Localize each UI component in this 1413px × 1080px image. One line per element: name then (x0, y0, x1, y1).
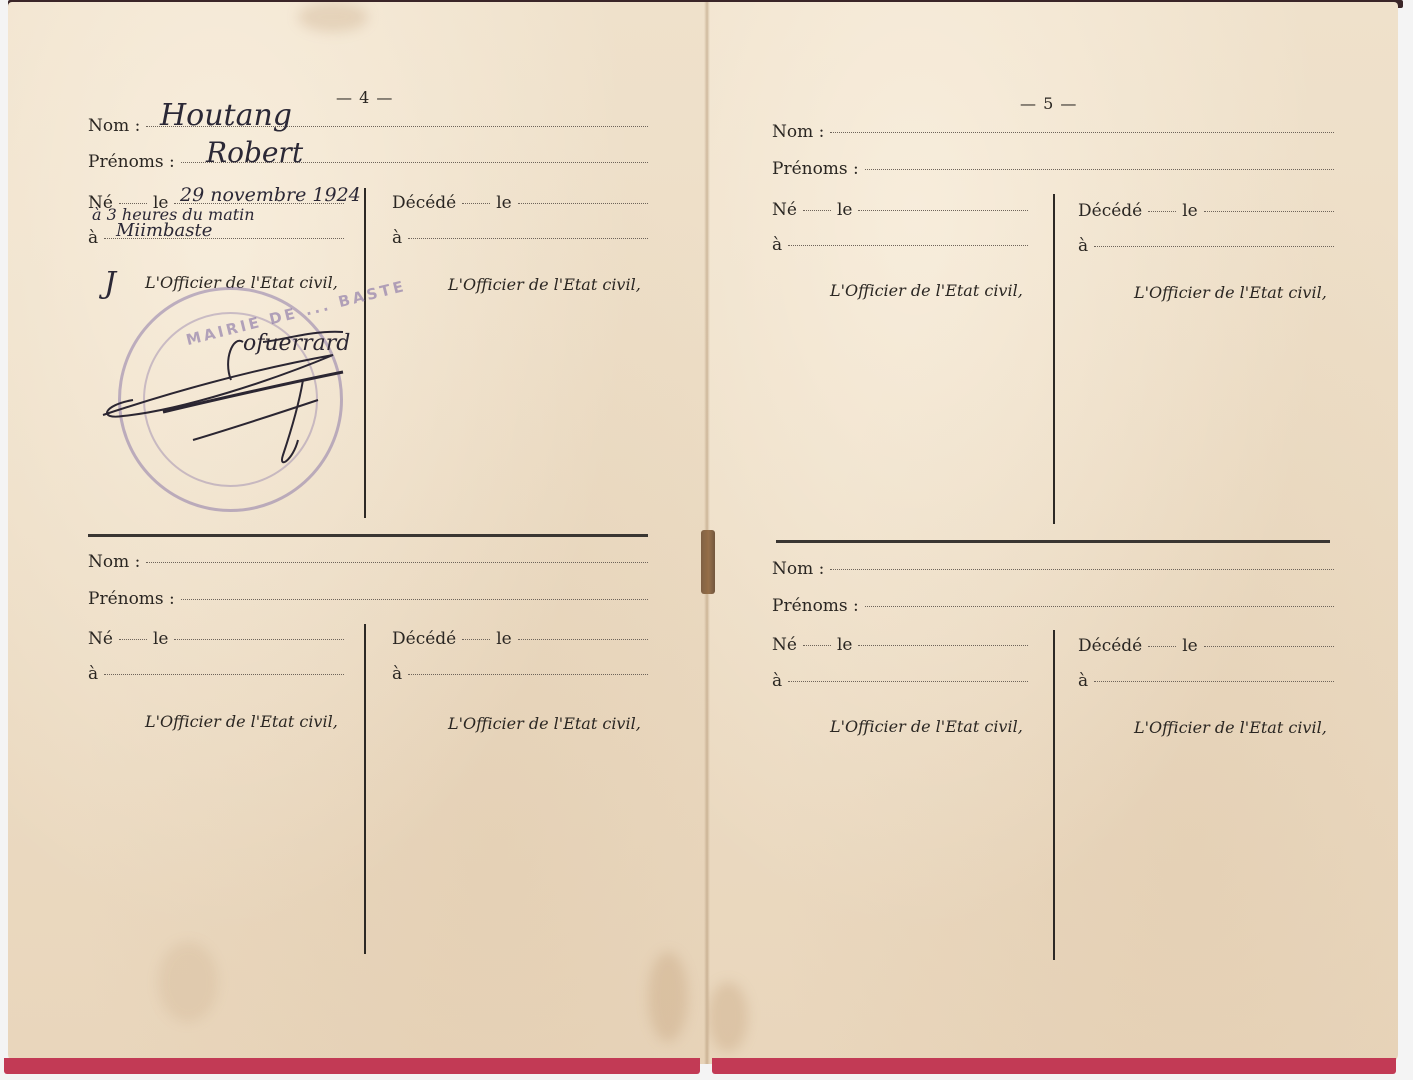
le-label: le (496, 629, 512, 649)
officer-label: L'Officier de l'Etat civil, (830, 281, 1023, 300)
prenoms-field[interactable]: Prénoms : (772, 159, 1334, 179)
ne-a-field[interactable]: à (772, 235, 1028, 255)
decede-le-field[interactable]: Décédé le (392, 193, 648, 213)
prenoms-label: Prénoms : (772, 596, 859, 616)
ne-le-field[interactable]: Né le (772, 200, 1028, 220)
officer-label: L'Officier de l'Etat civil, (1134, 283, 1327, 302)
a-label: à (88, 228, 98, 248)
prenoms-handwritten-value: Robert (206, 136, 303, 169)
section-divider (88, 534, 648, 537)
prenoms-field[interactable]: Prénoms : (88, 152, 648, 172)
svg-text:ofuerrard: ofuerrard (243, 331, 350, 356)
decede-label: Décédé (1078, 636, 1142, 656)
le-label: le (1182, 201, 1198, 221)
prenoms-label: Prénoms : (88, 589, 175, 609)
nom-field[interactable]: Nom : (88, 552, 648, 572)
nom-field[interactable]: Nom : (772, 559, 1334, 579)
nom-field[interactable]: Nom : (772, 122, 1334, 142)
column-divider (1053, 630, 1055, 960)
officer-label: L'Officier de l'Etat civil, (145, 712, 338, 731)
column-divider (1053, 194, 1055, 524)
section-divider (776, 540, 1330, 543)
page-4: — 4 — Nom : Houtang Prénoms : Robert Né … (8, 2, 708, 1064)
ne-label: Né (772, 635, 797, 655)
nom-label: Nom : (772, 122, 824, 142)
decede-a-field[interactable]: à (392, 664, 648, 684)
a-label: à (1078, 671, 1088, 691)
a-label: à (772, 671, 782, 691)
ne-a-field[interactable]: à (772, 671, 1028, 691)
prenoms-label: Prénoms : (772, 159, 859, 179)
decede-a-field[interactable]: à (1078, 236, 1334, 256)
decede-label: Décédé (392, 193, 456, 213)
decede-a-field[interactable]: à (392, 228, 648, 248)
page-number: — 4 — (336, 88, 393, 107)
column-divider (364, 624, 366, 954)
officer-signature: ofuerrard (93, 320, 378, 480)
decede-le-field[interactable]: Décédé le (392, 629, 648, 649)
birth-date-handwritten: 29 novembre 1924 (180, 184, 361, 206)
binding-staple (701, 530, 715, 594)
le-label: le (1182, 636, 1198, 656)
decede-le-field[interactable]: Décédé le (1078, 636, 1334, 656)
nom-label: Nom : (772, 559, 824, 579)
decede-label: Décédé (392, 629, 456, 649)
page-5: — 5 — Nom : Prénoms : Né le à L'Officier… (708, 2, 1398, 1064)
officer-label: L'Officier de l'Etat civil, (830, 717, 1023, 736)
cover-bottom-edge-left (4, 1058, 700, 1074)
birth-place-handwritten: Miimbaste (116, 220, 212, 241)
le-label: le (837, 200, 853, 220)
page-number: — 5 — (1020, 94, 1077, 113)
open-booklet: — 4 — Nom : Houtang Prénoms : Robert Né … (0, 0, 1413, 1080)
a-label: à (772, 235, 782, 255)
cover-bottom-edge-right (712, 1058, 1396, 1074)
prenoms-label: Prénoms : (88, 152, 175, 172)
le-label: le (837, 635, 853, 655)
ne-le-field[interactable]: Né le (772, 635, 1028, 655)
officer-initial-mark: J (104, 266, 116, 301)
stain (158, 942, 218, 1022)
prenoms-field[interactable]: Prénoms : (772, 596, 1334, 616)
le-label: le (153, 629, 169, 649)
a-label: à (88, 664, 98, 684)
nom-handwritten-value: Houtang (160, 98, 292, 133)
ne-label: Né (88, 629, 113, 649)
stain (298, 2, 368, 32)
stain (648, 952, 688, 1042)
ne-a-field[interactable]: à (88, 664, 344, 684)
nom-label: Nom : (88, 116, 140, 136)
a-label: à (392, 228, 402, 248)
decede-a-field[interactable]: à (1078, 671, 1334, 691)
decede-label: Décédé (1078, 201, 1142, 221)
stain (708, 982, 748, 1052)
ne-label: Né (772, 200, 797, 220)
a-label: à (1078, 236, 1088, 256)
prenoms-field[interactable]: Prénoms : (88, 589, 648, 609)
ne-le-field[interactable]: Né le (88, 629, 344, 649)
officer-label: L'Officier de l'Etat civil, (1134, 718, 1327, 737)
a-label: à (392, 664, 402, 684)
nom-label: Nom : (88, 552, 140, 572)
officer-label: L'Officier de l'Etat civil, (448, 714, 641, 733)
officer-label: L'Officier de l'Etat civil, (448, 275, 641, 294)
decede-le-field[interactable]: Décédé le (1078, 201, 1334, 221)
le-label: le (496, 193, 512, 213)
